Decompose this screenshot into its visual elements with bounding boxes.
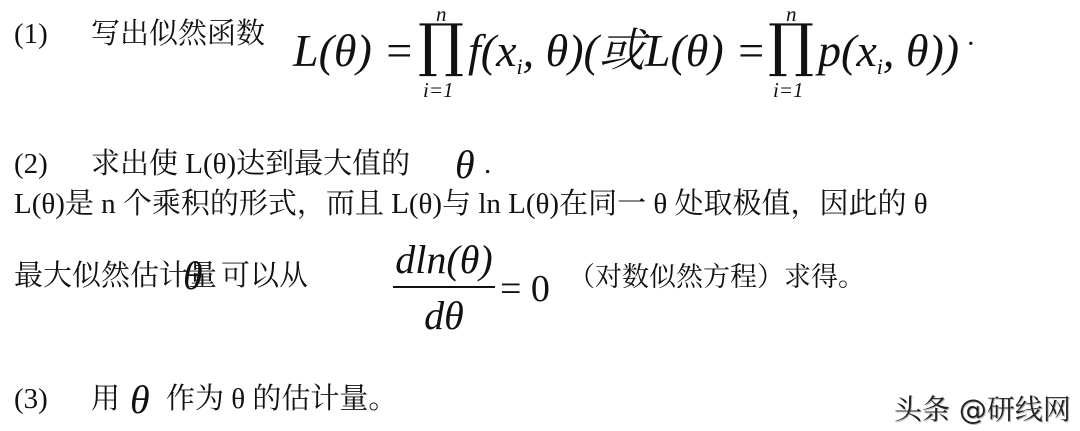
- product-symbol-2: ∏: [768, 16, 814, 74]
- explanation-line2-suffix: （对数似然方程）求得。: [568, 264, 865, 291]
- step3-text-prefix: 用: [91, 385, 120, 414]
- formula-p: p(xi, θ)): [818, 28, 959, 78]
- product-symbol-1: ∏: [418, 16, 464, 74]
- step3-theta: θ: [130, 380, 150, 420]
- explanation-line2-mid: 可以从: [221, 262, 308, 291]
- prod2-lower: i=1: [773, 80, 804, 101]
- step2-end: .: [484, 150, 491, 179]
- fraction-numerator: dln(θ): [395, 240, 492, 280]
- step2-text: 求出使 L(θ)达到最大值的: [91, 150, 410, 179]
- log-likelihood-fraction: dln(θ) dθ: [393, 240, 495, 336]
- prod1-lower: i=1: [423, 80, 454, 101]
- fraction-denominator: dθ: [424, 296, 464, 336]
- explanation-theta: θ: [183, 256, 203, 296]
- step1-text: 写出似然函数: [91, 20, 265, 49]
- formula-lhs: L(θ) =: [293, 28, 414, 74]
- step3-number: (3): [14, 385, 48, 414]
- p-term: p(x: [818, 25, 877, 76]
- explanation-line1: L(θ)是 n 个乘积的形式，而且 L(θ)与 ln L(θ)在同一 θ 处取极…: [14, 190, 928, 219]
- watermark: 头条 @研线网: [894, 388, 1071, 428]
- alt-lhs: , θ)(或L(θ) =: [523, 25, 767, 76]
- trailing-dot: ·: [966, 30, 976, 59]
- step3-text-suffix: 作为 θ 的估计量。: [166, 385, 397, 414]
- step2-number: (2): [14, 150, 48, 179]
- formula-f: f(xi, θ)(或L(θ) =: [468, 28, 766, 78]
- f-term: f(x: [468, 25, 517, 76]
- fraction-bar: [393, 286, 495, 288]
- p-term-end: , θ)): [883, 25, 959, 76]
- equals-zero: = 0: [500, 270, 550, 308]
- step1-number: (1): [14, 20, 48, 49]
- step2-theta: θ: [455, 145, 475, 185]
